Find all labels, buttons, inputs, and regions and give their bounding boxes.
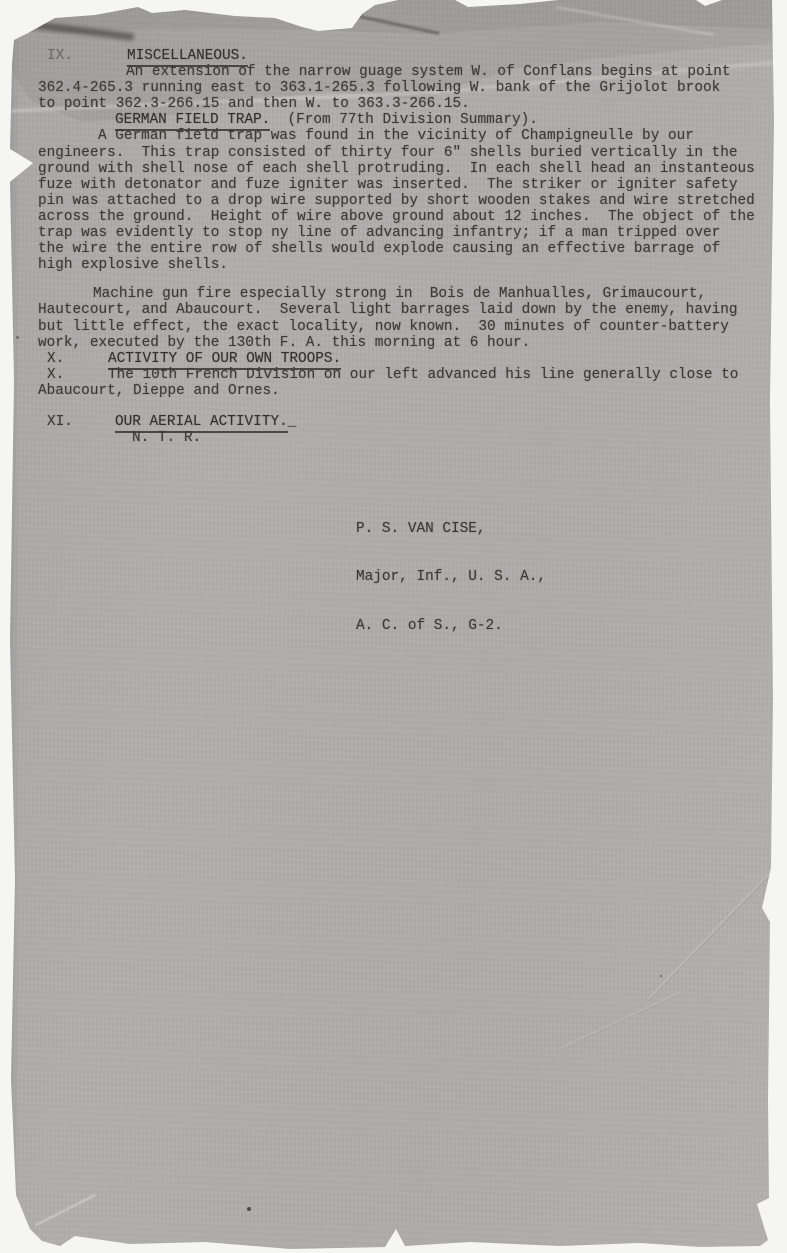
- text-line: X.The 10th French Division on our left a…: [38, 367, 770, 383]
- text-line: 362.4-265.3 running east to 363.1-265.3 …: [38, 80, 770, 96]
- section-label: XI.: [38, 414, 115, 430]
- section-heading-line: X.ACTIVITY OF OUR OWN TROOPS.: [38, 351, 770, 367]
- left-edge-shadow: [8, 0, 20, 1253]
- signature-name: P. S. VAN CISE,: [356, 521, 546, 537]
- text-line: fuze with detonator and fuze igniter was…: [38, 177, 770, 193]
- subsection-heading-line: GERMAN FIELD TRAP.(From 77th Division Su…: [38, 112, 770, 128]
- text-line: across the ground. Height of wire above …: [38, 209, 770, 225]
- text-line: ground with shell nose of each shell pro…: [38, 161, 770, 177]
- text-line: Abaucourt, Dieppe and Ornes.: [38, 383, 770, 399]
- section-heading-line: IX.MISCELLANEOUS.: [38, 48, 770, 64]
- text-line: engineers. This trap consisted of thirty…: [38, 145, 770, 161]
- scan-background: IX.MISCELLANEOUS. An extension of the na…: [0, 0, 787, 1253]
- signature-block: P. S. VAN CISE, Major, Inf., U. S. A., A…: [356, 489, 546, 666]
- text-line: A German field trap was found in the vic…: [38, 128, 770, 144]
- ink-speck: [16, 336, 19, 339]
- signature-rank: Major, Inf., U. S. A.,: [356, 569, 546, 585]
- text-line: but little effect, the exact locality, n…: [38, 319, 770, 335]
- section-label: X.: [38, 367, 108, 383]
- text-run: The 10th French Division on our left adv…: [108, 367, 738, 383]
- text-line: pin was attached to a drop wire supporte…: [38, 193, 770, 209]
- text-line: trap was evidently to stop ny line of ad…: [38, 225, 770, 241]
- text-line: the wire the entire row of shells would …: [38, 241, 770, 257]
- section-label: IX.: [38, 48, 127, 64]
- paper-sheet: IX.MISCELLANEOUS. An extension of the na…: [0, 0, 787, 1253]
- text-line: to point 362.3-266.15 and then W. to 363…: [38, 96, 770, 112]
- subheading-note: (From 77th Division Summary).: [287, 112, 537, 128]
- text-line: An extension of the narrow guage system …: [38, 64, 770, 80]
- text-line: Machine gun fire especially strong in Bo…: [38, 286, 770, 302]
- text-line: N. T. R.: [38, 430, 770, 446]
- text-line: high explosive shells.: [38, 257, 770, 273]
- underline-tail: _: [288, 414, 297, 430]
- text-line: work, executed by the 130th F. A. this m…: [38, 335, 770, 351]
- section-label: X.: [38, 351, 108, 367]
- section-heading-line: XI.OUR AERIAL ACTIVITY._: [38, 414, 770, 430]
- signature-title: A. C. of S., G-2.: [356, 618, 546, 634]
- text-line: Hautecourt, and Abaucourt. Several light…: [38, 302, 770, 318]
- ink-speck: [660, 975, 662, 977]
- ink-speck: [247, 1207, 251, 1211]
- document-text: IX.MISCELLANEOUS. An extension of the na…: [38, 48, 770, 446]
